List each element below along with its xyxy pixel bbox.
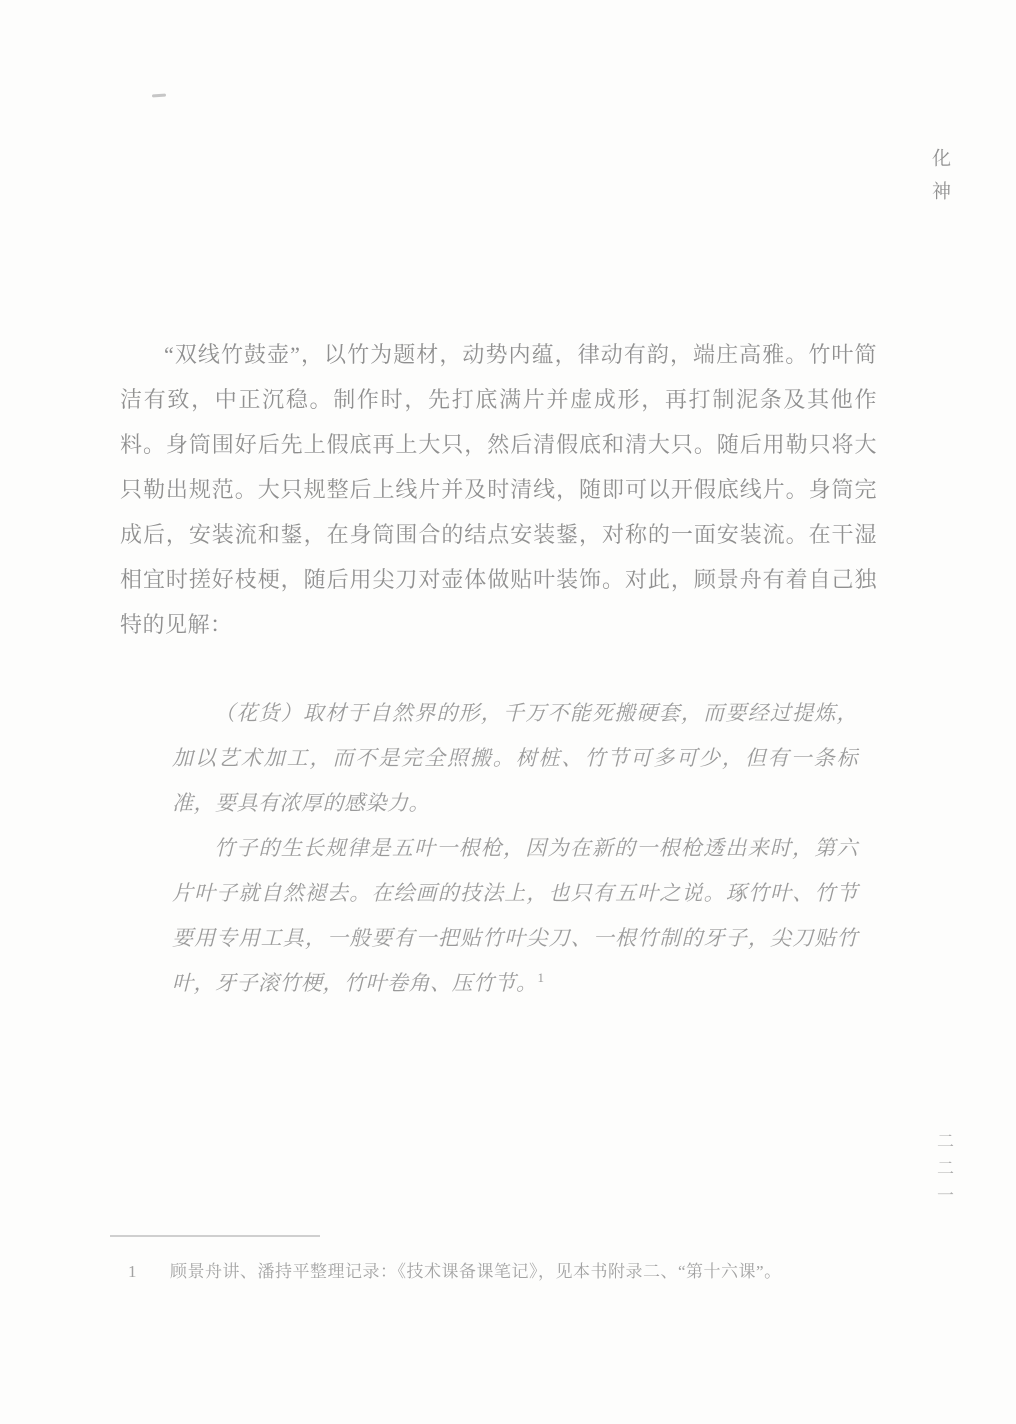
body-paragraph: “双线竹鼓壶”，以竹为题材，动势内蕴，律动有韵，端庄高雅。竹叶简洁有致，中正沉稳… xyxy=(120,332,877,647)
footnote-number: 1 xyxy=(128,1259,170,1285)
quote-paragraph-1: （花货）取材于自然界的形，千万不能死搬硬套，而要经过提炼，加以艺术加工，而不是完… xyxy=(172,691,858,826)
quote-paragraph-2-text: 竹子的生长规律是五叶一根枪，因为在新的一根枪透出来时，第六片叶子就自然褪去。在绘… xyxy=(172,836,858,995)
chapter-margin-label: 化神 xyxy=(926,148,953,214)
footnote: 1 顾景舟讲、潘持平整理记录：《技术课备课笔记》，见本书附录二、“第十六课”。 xyxy=(128,1259,888,1285)
page-number: 二二一 xyxy=(931,1132,956,1213)
footnote-text: 顾景舟讲、潘持平整理记录：《技术课备课笔记》，见本书附录二、“第十六课”。 xyxy=(170,1259,888,1285)
book-page: 化神 “双线竹鼓壶”，以竹为题材，动势内蕴，律动有韵，端庄高雅。竹叶简洁有致，中… xyxy=(0,0,1016,1424)
footnote-reference: 1 xyxy=(538,970,545,985)
quote-paragraph-2: 竹子的生长规律是五叶一根枪，因为在新的一根枪透出来时，第六片叶子就自然褪去。在绘… xyxy=(172,826,858,1006)
footnote-divider xyxy=(110,1235,320,1237)
scan-artifact-dash xyxy=(152,94,166,98)
quote-block: （花货）取材于自然界的形，千万不能死搬硬套，而要经过提炼，加以艺术加工，而不是完… xyxy=(172,691,858,1006)
